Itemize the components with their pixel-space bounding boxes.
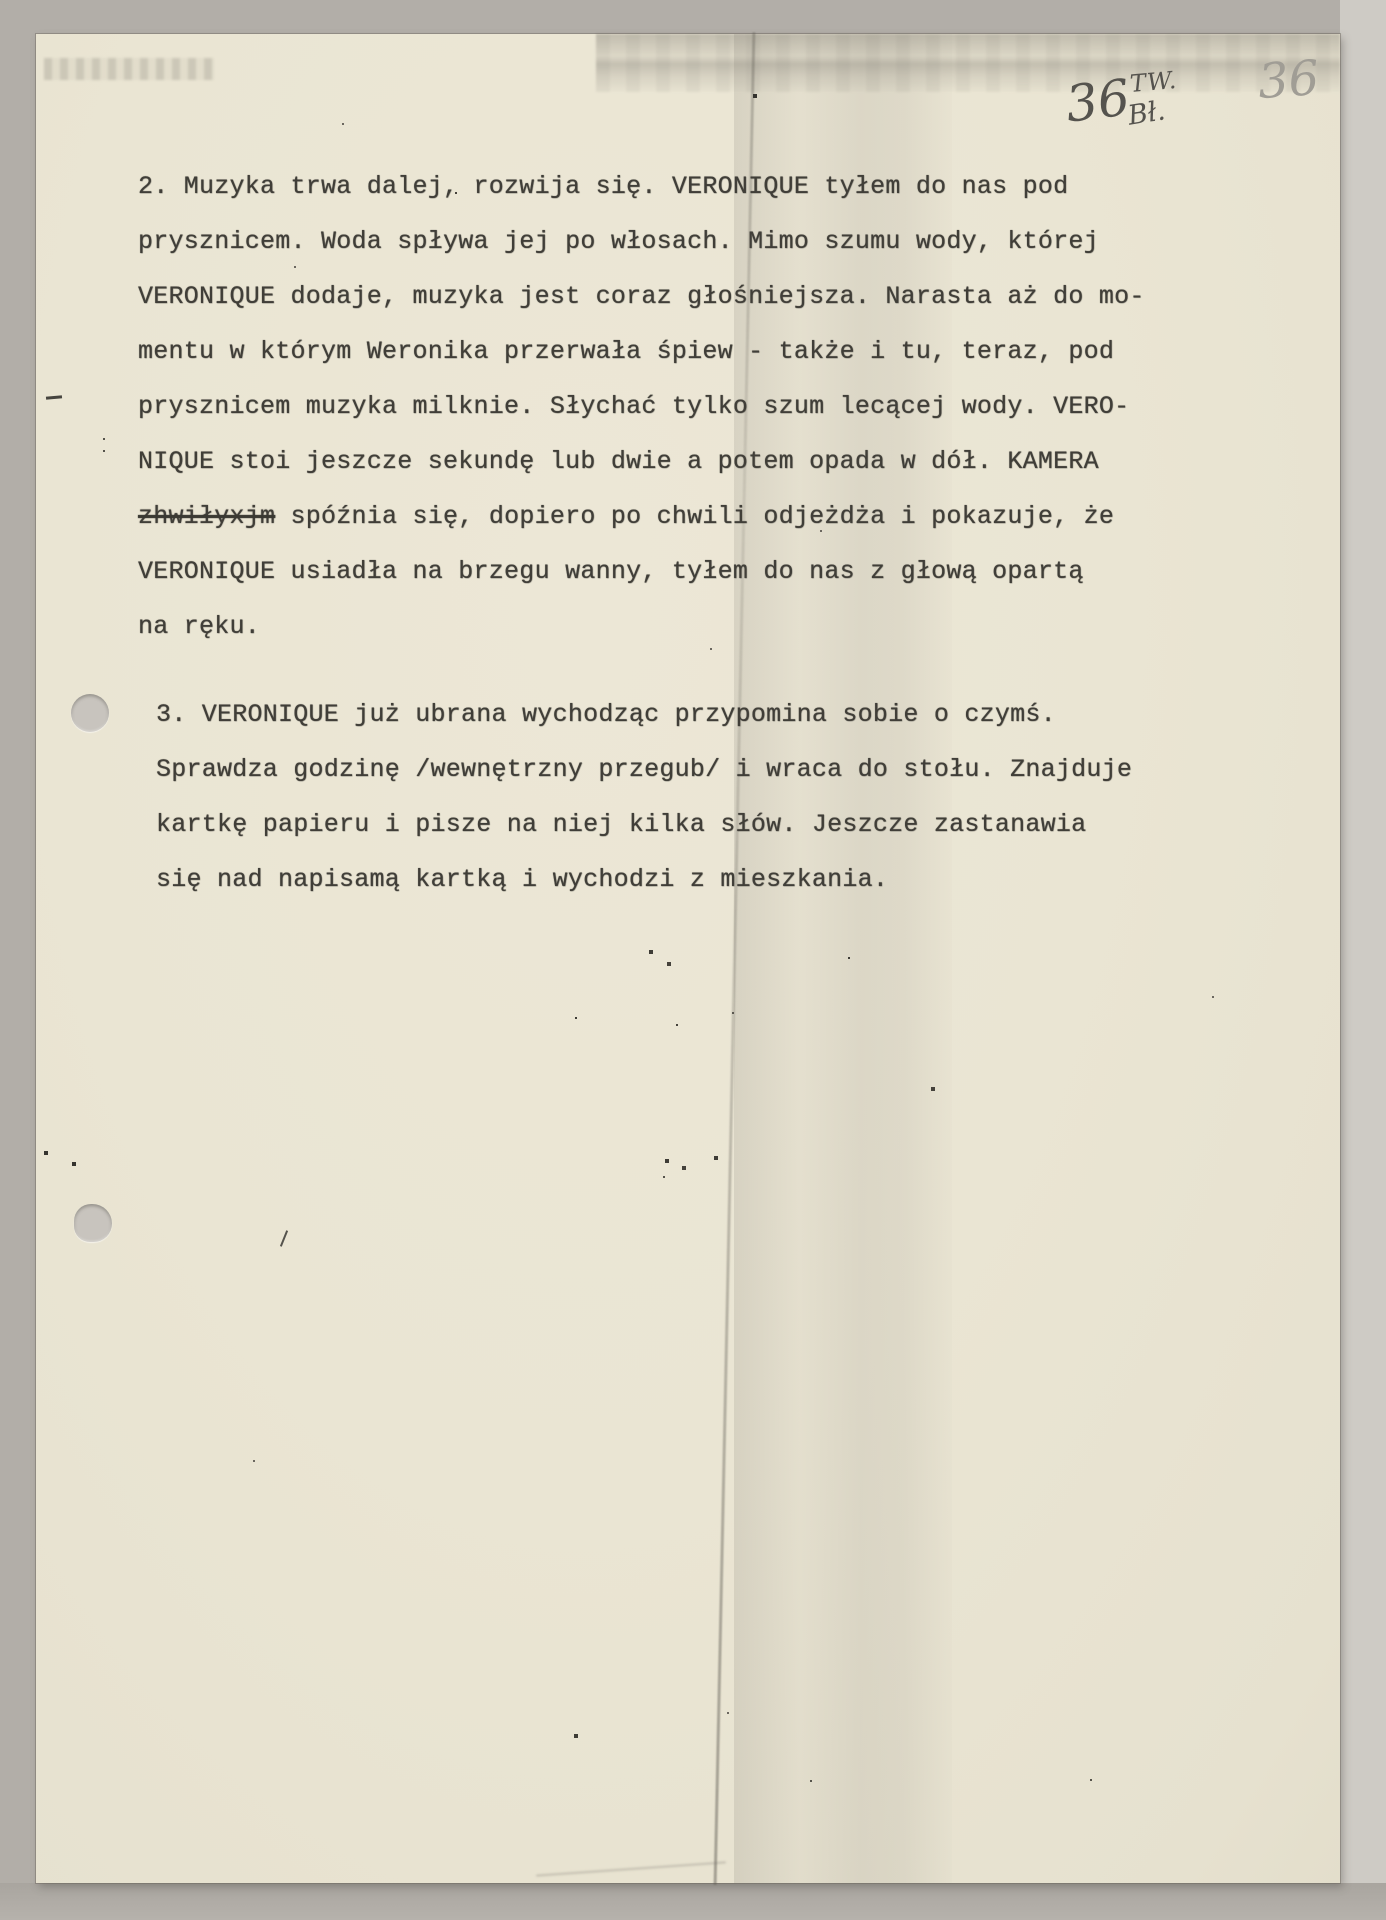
typewritten-line: zhwiłyxjm spóźnia się, dopiero po chwili… bbox=[138, 489, 1145, 544]
typewritten-line: VERONIQUE usiadła na brzegu wanny, tyłem… bbox=[138, 544, 1145, 599]
scene-3-paragraph: 3. VERONIQUE już ubrana wychodząc przypo… bbox=[156, 687, 1132, 907]
pencil-page-number-corner: 36 bbox=[1256, 50, 1321, 110]
typewritten-line: 3. VERONIQUE już ubrana wychodząc przypo… bbox=[156, 687, 1132, 742]
pencil-initials-line1: TW. bbox=[1129, 66, 1178, 98]
punch-hole-top bbox=[71, 694, 109, 732]
top-left-pencil-smudge bbox=[44, 58, 214, 80]
scanner-bed-bottom-edge bbox=[0, 1883, 1386, 1920]
typewritten-line: Sprawdza godzinę /wewnętrzny przegub/ i … bbox=[156, 742, 1132, 797]
top-ink-smudge bbox=[596, 34, 1340, 92]
punch-hole-bottom bbox=[74, 1204, 112, 1242]
typewritten-line: VERONIQUE dodaje, muzyka jest coraz głoś… bbox=[138, 269, 1145, 324]
typewritten-line: NIQUE stoi jeszcze sekundę lub dwie a po… bbox=[138, 434, 1145, 489]
bottom-crease bbox=[536, 1861, 726, 1876]
typewritten-line: kartkę papieru i pisze na niej kilka słó… bbox=[156, 797, 1132, 852]
scene-2-paragraph: 2. Muzyka trwa dalej, rozwija się. VERON… bbox=[138, 159, 1145, 654]
struck-out-word: zhwiłyxjm bbox=[138, 502, 275, 531]
pencil-initials-line2: Bł. bbox=[1126, 95, 1168, 131]
typewritten-line: się nad napisamą kartką i wychodzi z mie… bbox=[156, 852, 1132, 907]
margin-dash-mark bbox=[46, 395, 62, 399]
pencil-page-number: 36 bbox=[1063, 68, 1133, 133]
paper-specks bbox=[36, 34, 38, 36]
typewritten-line: 2. Muzyka trwa dalej, rozwija się. VERON… bbox=[138, 159, 1145, 214]
typewritten-line: na ręku. bbox=[138, 599, 1145, 654]
stray-slash-mark bbox=[280, 1230, 288, 1247]
typewritten-text: spóźnia się, dopiero po chwili odjeżdża … bbox=[275, 502, 1114, 531]
typewritten-line: mentu w którym Weronika przerwała śpiew … bbox=[138, 324, 1145, 379]
typewritten-line: prysznicem muzyka milknie. Słychać tylko… bbox=[138, 379, 1145, 434]
scanned-script-page: 36 TW. Bł. 36 2. Muzyka trwa dalej, rozw… bbox=[36, 34, 1340, 1883]
scanner-bed-right-edge bbox=[1340, 0, 1386, 1920]
typewritten-line: prysznicem. Woda spływa jej po włosach. … bbox=[138, 214, 1145, 269]
